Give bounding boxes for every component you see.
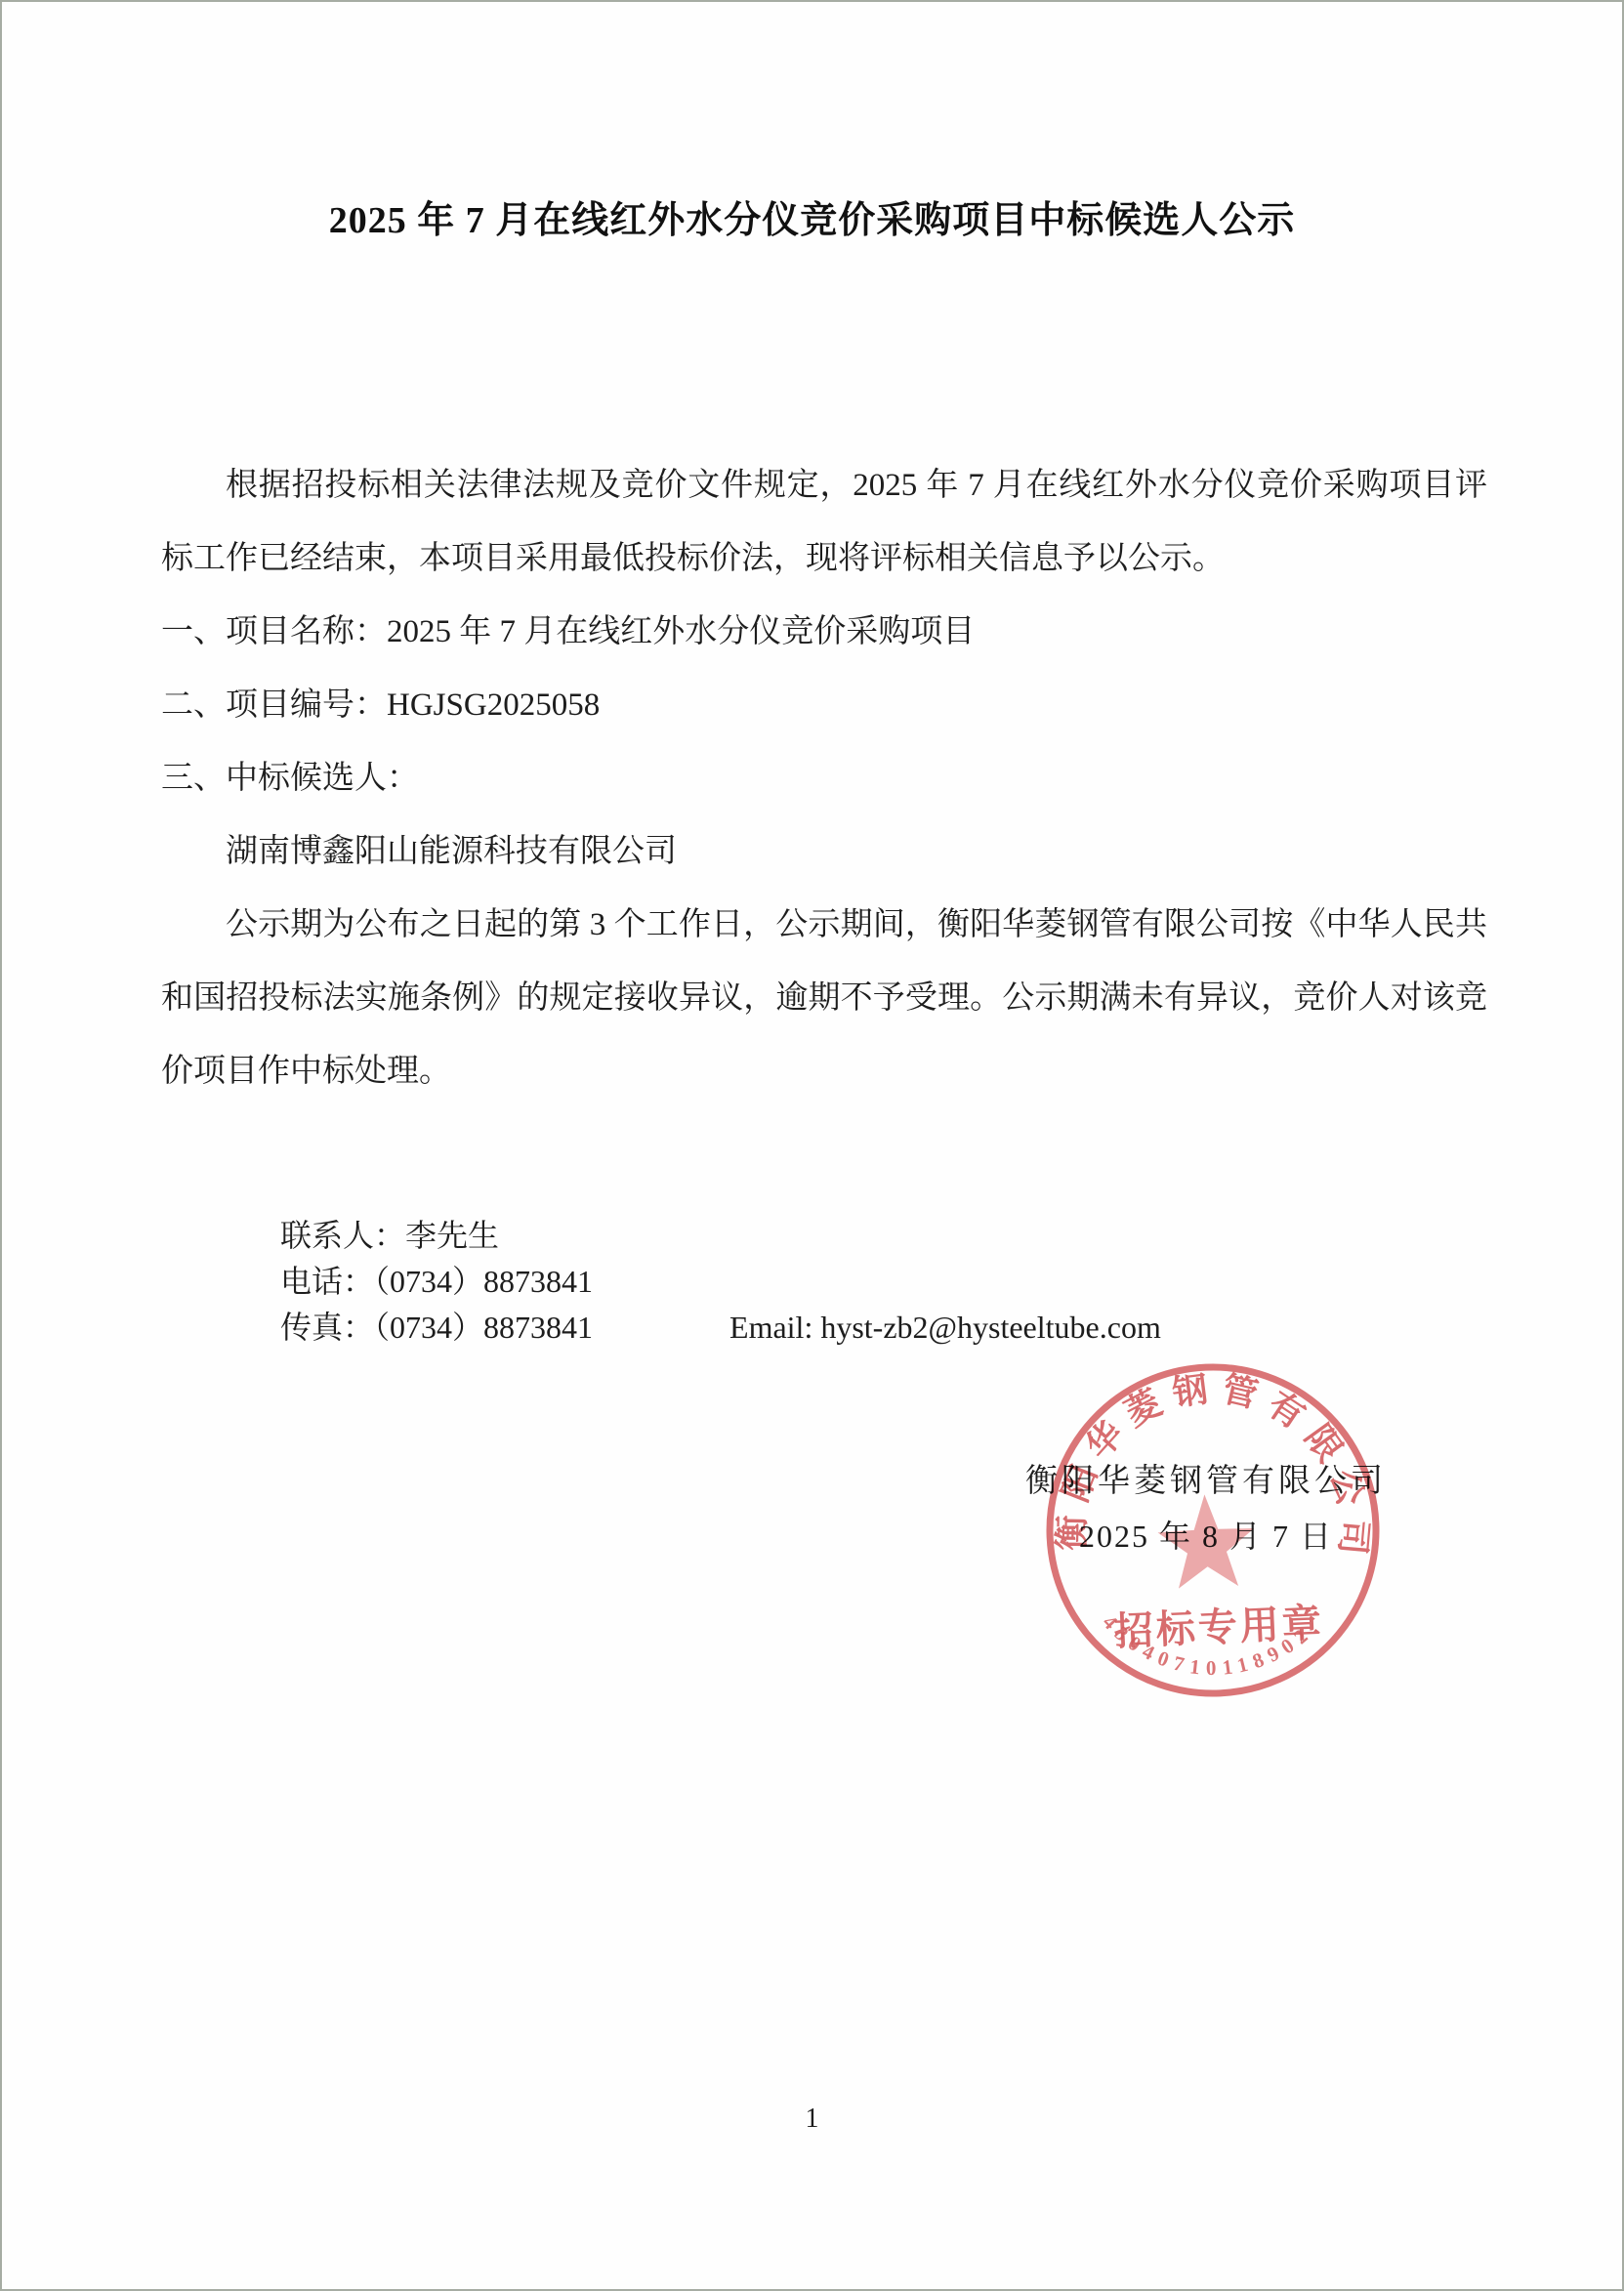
paragraph-intro: 根据招投标相关法律法规及竞价文件规定，2025 年 7 月在线红外水分仪竞价采购… — [161, 449, 1487, 596]
page-number: 1 — [2, 2104, 1622, 2135]
paragraph-candidate-company: 湖南博鑫阳山能源科技有限公司 — [161, 815, 1487, 889]
contact-fax: 传真：（0734）8873841 — [280, 1310, 593, 1345]
paragraph-publicity-period: 公示期为公布之日起的第 3 个工作日，公示期间，衡阳华菱钢管有限公司按《中华人民… — [161, 889, 1487, 1108]
contact-fax-line: 传真：（0734）8873841 Email: hyst-zb2@hysteel… — [280, 1305, 1161, 1351]
paragraph-project-name: 一、项目名称：2025 年 7 月在线红外水分仪竞价采购项目 — [161, 596, 1487, 669]
contact-email: Email: hyst-zb2@hysteeltube.com — [729, 1310, 1161, 1345]
contact-block: 联系人：李先生 电话：（0734）8873841 传真：（0734）887384… — [280, 1213, 1161, 1351]
stamp-star-icon — [1156, 1492, 1257, 1589]
official-stamp-seal: 衡阳华菱钢管有限公司 招标专用章 43040710118902 — [1029, 1347, 1395, 1713]
contact-phone: 电话：（0734）8873841 — [280, 1259, 1161, 1305]
contact-person: 联系人：李先生 — [280, 1213, 1161, 1259]
document-body: 根据招投标相关法律法规及竞价文件规定，2025 年 7 月在线红外水分仪竞价采购… — [161, 449, 1487, 1108]
paragraph-candidates-heading: 三、中标候选人： — [161, 742, 1487, 815]
document-title: 2025 年 7 月在线红外水分仪竞价采购项目中标候选人公示 — [2, 189, 1622, 243]
paragraph-project-number: 二、项目编号：HGJSG2025058 — [161, 669, 1487, 742]
document-page: 2025 年 7 月在线红外水分仪竞价采购项目中标候选人公示 根据招投标相关法律… — [0, 0, 1624, 2291]
